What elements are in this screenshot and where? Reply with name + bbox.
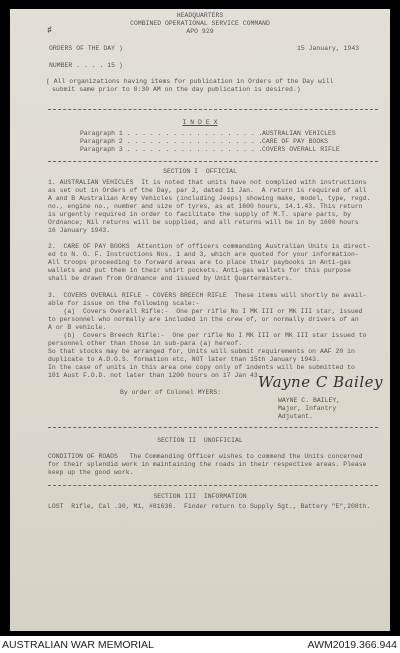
para-3-line-10: In the case of units in this area one co…: [48, 364, 355, 372]
para-2-line-1: 2. CARE OF PAY BOOKS Attention of office…: [48, 243, 370, 251]
caption-bar: AUSTRALIAN WAR MEMORIAL AWM2019.366.944: [0, 636, 400, 653]
institution-name: AUSTRALIAN WAR MEMORIAL: [2, 639, 154, 651]
index-title: I N D E X: [0, 119, 400, 127]
header-line-2: COMBINED OPERATIONAL SERVICE COMMAND: [0, 20, 400, 28]
signatory-title: Adjutant.: [278, 413, 313, 421]
para-3-line-2: able for issue on the following scale:-: [48, 300, 200, 308]
para-1-line-7: 16 January 1943.: [48, 227, 110, 235]
index-item-1-value: AUSTRALIAN VEHICLES: [262, 130, 336, 138]
para-2-line-3: All troops proceeding to forward areas a…: [48, 259, 351, 267]
section-2-line-3: keep up the good work.: [48, 469, 133, 477]
para-3-line-5: A or B vehicle.: [48, 324, 106, 332]
orders-number: NUMBER . . . . 15 ): [49, 62, 123, 70]
signatory-rank: Major, Infantry: [278, 405, 336, 413]
by-order-text: By order of Colonel MYERS:: [120, 389, 221, 397]
para-3-line-4: to personnel who normally are included i…: [48, 316, 359, 324]
para-2-line-5: shall be drawn from Ordnance and issued …: [48, 275, 293, 283]
divider: [48, 109, 378, 110]
header-line-1: HEADQUARTERS: [0, 12, 400, 20]
section-3-title: SECTION III INFORMATION: [0, 493, 400, 501]
para-3-line-3: (a) Covers Overall Rifle:- One per rifle…: [48, 308, 363, 316]
para-3-line-7: personnel other than those in sub-para (…: [48, 340, 242, 348]
para-1-line-4: no., engine no., number and size of tyre…: [48, 203, 363, 211]
index-item-3-label: Paragraph 3 . . . . . . . . . . . . . . …: [80, 146, 263, 154]
section-3-line-1: LOST Rifle, Cal .30, M1, #81636. Finder …: [48, 503, 370, 511]
para-3-line-9: duplicate to A.D.O.S. formation etc, NOT…: [48, 356, 320, 364]
notice-line-1: ( All organizations having items for pub…: [46, 78, 334, 86]
section-2-line-1: CONDITION OF ROADS The Commanding Office…: [48, 453, 363, 461]
section-2-title: SECTION II UNOFFICIAL: [0, 437, 400, 445]
para-1-line-3: A and B Australian Army Vehicles (includ…: [48, 195, 370, 203]
para-3-line-8: So that stocks may be arranged for, Unit…: [48, 348, 355, 356]
section-1-title: SECTION I OFFICIAL: [0, 168, 400, 176]
para-1-line-5: is urgently required in order to facilit…: [48, 211, 351, 219]
orders-title: ORDERS OF THE DAY ): [49, 45, 123, 53]
para-3-line-1: 3. COVERS OVERALL RIFLE - COVERS BREECH …: [48, 292, 367, 300]
para-1-line-6: Ordnance; Nil returns will be supplied, …: [48, 219, 359, 227]
signatory-name: WAYNE C. BAILEY,: [278, 397, 340, 405]
divider: [48, 485, 378, 486]
signature: Wayne C Bailey: [258, 373, 383, 391]
para-3-line-11: 101 Aust F.O.D. not later than 1200 hour…: [48, 372, 262, 380]
index-item-2-value: CARE OF PAY BOOKS: [262, 138, 328, 146]
header-line-3: APO 929: [0, 28, 400, 36]
para-3-line-6: (b) Covers Breech Rifle:- One per rifle …: [48, 332, 367, 340]
index-item-2-label: Paragraph 2 . . . . . . . . . . . . . . …: [80, 138, 263, 146]
accession-number: AWM2019.366.944: [307, 639, 397, 651]
index-item-3-value: COVERS OVERALL RIFLE: [262, 146, 340, 154]
notice-line-2: submit same prior to 8:30 AM on the day …: [52, 86, 301, 94]
index-item-1-label: Paragraph 1 . . . . . . . . . . . . . . …: [80, 130, 263, 138]
para-1-line-1: 1. AUSTRALIAN VEHICLES It is noted that …: [48, 179, 367, 187]
para-2-line-2: ed to N. G. F. Instructions Nos. 1 and 3…: [48, 251, 359, 259]
para-2-line-4: wallets and put them in their shirt pock…: [48, 267, 351, 275]
section-2-line-2: for their splendid work in maintaining t…: [48, 461, 367, 469]
para-1-line-2: as set out in Orders of the Day, par 2, …: [48, 187, 367, 195]
divider: [48, 427, 378, 428]
divider: [48, 161, 378, 162]
orders-date: 15 January, 1943: [297, 45, 359, 53]
handwritten-mark: ♯: [47, 26, 52, 35]
